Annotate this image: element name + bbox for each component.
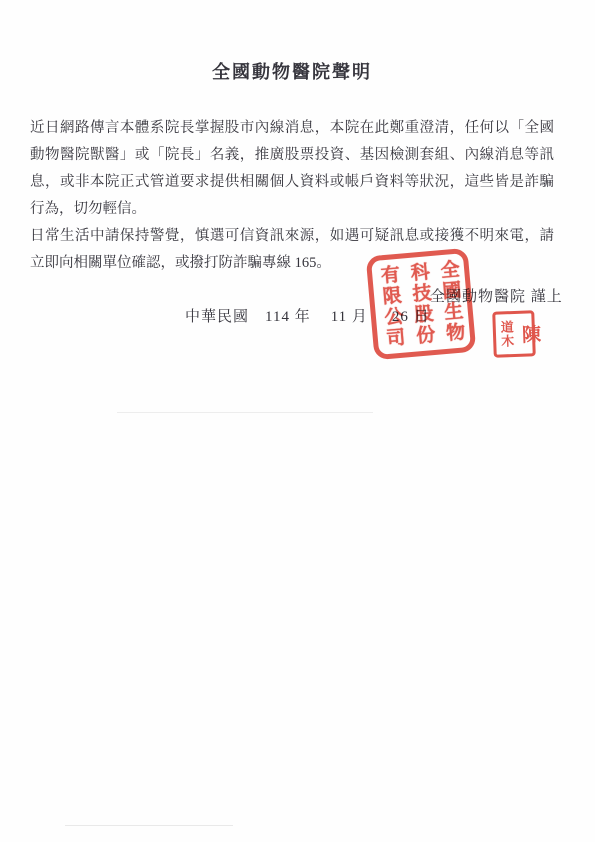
document-title: 全國動物醫院聲明 [30,59,554,85]
body-line: 日常生活中請保持警覺，慎選可信資訊來源，如遇可疑訊息或接獲不明來電，請 [30,223,554,250]
scan-artifact-line [117,412,373,413]
company-seal-stamp: 全國生物 科技股份 有限公司 [366,248,477,360]
body-line: 動物醫院獸醫」或「院長」名義，推廣股票投資、基因檢測套組、內線消息等訊 [30,142,554,169]
date-year: 114 年 [265,307,311,327]
personal-seal-surname: 陳 [515,314,543,353]
personal-name-seal-stamp: 陳 道木 [492,310,536,357]
date-month: 11 月 [331,307,368,327]
body-line: 行為，切勿輕信。 [30,196,554,223]
company-seal-column: 科技股份 [408,258,435,349]
company-seal-column: 全國生物 [437,256,464,347]
company-seal-column: 有限公司 [378,261,405,352]
scanned-document-page: 全國動物醫院聲明 近日網路傳言本體系院長掌握股市內線消息，本院在此鄭重澄清，任何… [0,0,595,842]
body-line: 立即向相關單位確認，或撥打防詐騙專線 165。 [30,250,554,277]
date-era: 中華民國 [185,307,249,327]
body-line: 近日網路傳言本體系院長掌握股市內線消息，本院在此鄭重澄清，任何以「全國 [30,115,554,142]
personal-seal-given-name: 道木 [496,315,516,354]
document-body: 近日網路傳言本體系院長掌握股市內線消息，本院在此鄭重澄清，任何以「全國 動物醫院… [30,115,554,277]
body-line: 息，或非本院正式管道要求提供相關個人資料或帳戶資料等狀況，這些皆是詐騙 [30,169,554,196]
scan-artifact-line [65,825,233,826]
